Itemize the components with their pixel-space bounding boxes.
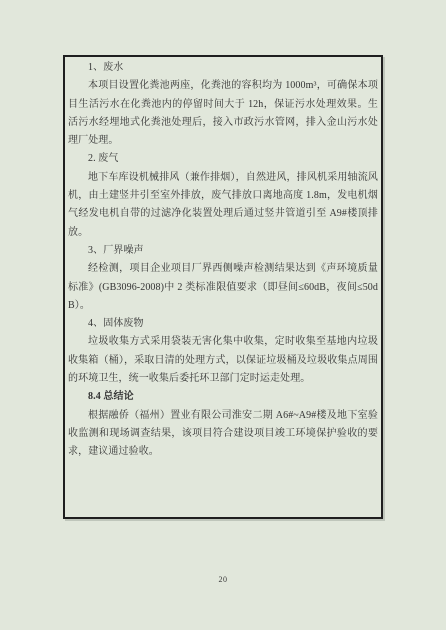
section-heading: 3、厂界噪声 xyxy=(68,242,378,260)
content-border-box: 1、废水本项目设置化粪池两座，化粪池的容积均为 1000m³，可确保本项目生活污… xyxy=(63,55,383,519)
section-paragraph: 垃圾收集方式采用袋装无害化集中收集，定时收集至基地内垃圾收集箱（桶），采取日清的… xyxy=(68,333,378,388)
sections-container: 1、废水本项目设置化粪池两座，化粪池的容积均为 1000m³，可确保本项目生活污… xyxy=(68,59,378,462)
section-paragraph: 根据融侨（福州）置业有限公司淮安二期 A6#~A9#楼及地下室验收监测和现场调查… xyxy=(68,407,378,462)
section-heading: 8.4 总结论 xyxy=(68,388,378,406)
section-heading: 2. 废气 xyxy=(68,150,378,168)
document-page: { "page": { "background_color": "#e1e7db… xyxy=(0,0,446,630)
section-paragraph: 地下车库设机械排风（兼作排烟），自然进风，排风机采用轴流风机，由土建竖井引至室外… xyxy=(68,169,378,242)
section-heading: 1、废水 xyxy=(68,59,378,77)
section-paragraph: 本项目设置化粪池两座，化粪池的容积均为 1000m³，可确保本项目生活污水在化粪… xyxy=(68,77,378,150)
section-paragraph: 经检测，项目企业项目厂界西侧噪声检测结果达到《声环境质量标准》(GB3096-2… xyxy=(68,260,378,315)
section-heading: 4、固体废物 xyxy=(68,315,378,333)
page-number: 20 xyxy=(0,575,446,584)
